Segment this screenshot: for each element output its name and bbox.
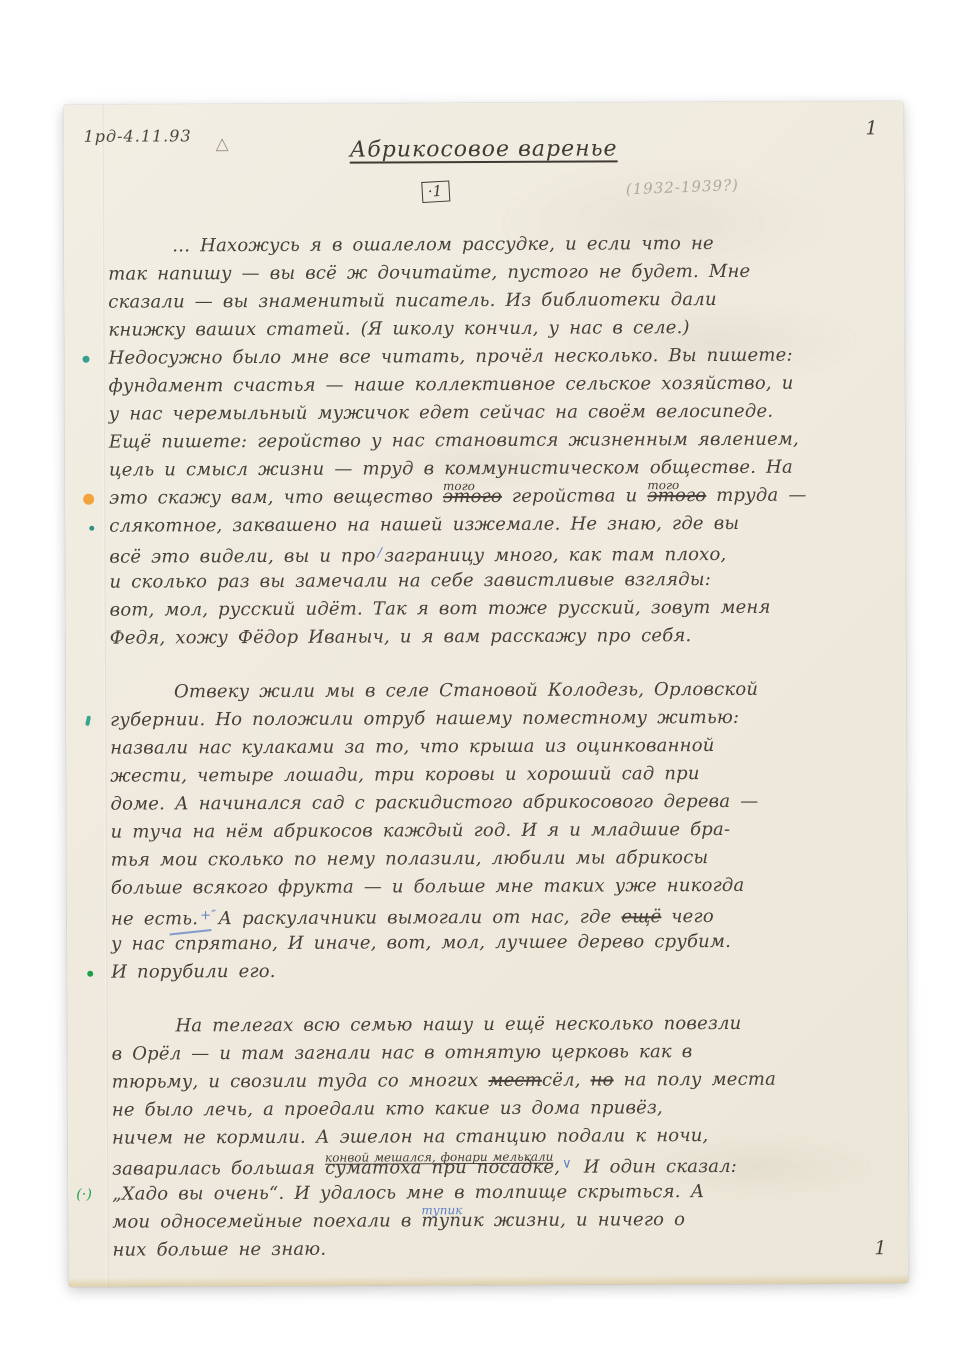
margin-mark-orange-dot <box>83 494 94 505</box>
handwritten-text: больше всякого фрукта — и больше мне так… <box>111 875 745 899</box>
handwritten-text: и сколько раз вы замечали на себе завист… <box>109 569 711 593</box>
handwritten-text: На телегах всю семью нашу и ещё нескольк… <box>175 1013 741 1036</box>
manuscript-line: На телегах всю семью нашу и ещё нескольк… <box>111 1009 883 1040</box>
handwritten-text: Недосужно было мне все читать, прочёл не… <box>108 345 792 369</box>
handwritten-text: всё это видели, вы и про <box>109 545 375 567</box>
manuscript-line: у нас черемыльный мужичок едет сейчас на… <box>109 397 881 428</box>
margin-mark-teal-dot <box>83 356 90 363</box>
manuscript-line: цель и смысл жизни — труд в коммунистиче… <box>109 453 881 484</box>
manuscript-line: это скажу вам, что вещество тогоэтого ге… <box>109 481 881 512</box>
handwritten-text: … Нахожусь я в ошалелом рассудке, и если… <box>172 233 714 256</box>
manuscript-line: всё это видели, вы и про∕заграницу много… <box>109 537 881 568</box>
chapter-number-box: ·1 <box>421 180 450 203</box>
manuscript-line: фундамент счастья — наше коллективное се… <box>109 369 881 400</box>
handwritten-text: фундамент счастья — наше коллективное се… <box>109 373 794 397</box>
blue-ink-mark: ∕ <box>376 545 385 560</box>
manuscript-line: заварилась большая конвой мешался, фонар… <box>112 1149 884 1180</box>
handwritten-text: сказали — вы знаменитый писатель. Из биб… <box>108 289 717 313</box>
handwritten-text: назвали нас кулаками за то, что крыша из… <box>110 735 714 759</box>
manuscript-line: вот, мол, русский идёт. Так я вот тоже р… <box>110 593 882 624</box>
handwritten-text: ничем не кормили. А эшелон на станцию по… <box>112 1125 709 1149</box>
manuscript-line: мои односемейные поехали в тупиктупик жи… <box>112 1205 884 1236</box>
manuscript-line: слякотное, заквашено на нашей изжемале. … <box>109 509 881 540</box>
manuscript-line: Ещё пишете: геройство у нас становится ж… <box>109 425 881 456</box>
handwritten-text: слякотное, заквашено на нашей изжемале. … <box>109 513 739 537</box>
handwritten-text: геройства и <box>502 485 648 507</box>
page-number-top: 1 <box>865 117 877 139</box>
manuscript-line: книжку ваших статей. (Я школу кончил, у … <box>108 313 880 344</box>
handwritten-text: так напишу — вы всё ж дочитайте, пустого… <box>108 261 750 285</box>
manuscript-line: Отвеку жили мы в селе Становой Колодезь,… <box>110 675 882 706</box>
manuscript-line: них больше не знаю. <box>112 1233 884 1264</box>
handwritten-text: не было лечь, а проедали кто какие из до… <box>112 1097 663 1120</box>
manuscript-line: ничем не кормили. А эшелон на станцию по… <box>112 1121 884 1152</box>
manuscript-line: … Нахожусь я в ошалелом рассудке, и если… <box>108 229 880 260</box>
manuscript-line: И порубили его. <box>111 955 883 986</box>
handwritten-text: Отвеку жили мы в селе Становой Колодезь,… <box>174 679 758 703</box>
handwritten-text: чего <box>661 906 714 927</box>
handwritten-text: это скажу вам, что вещество <box>109 486 443 508</box>
handwritten-text: книжку ваших статей. (Я школу кончил, у … <box>108 317 689 341</box>
manuscript-line: назвали нас кулаками за то, что крыша из… <box>110 731 882 762</box>
handwritten-text: них больше не знаю. <box>112 1239 326 1261</box>
struck-word: ещё <box>621 906 661 927</box>
manuscript-line: сказали — вы знаменитый писатель. Из биб… <box>108 285 880 316</box>
handwritten-text: тюрьму, и свозили туда со многих <box>112 1070 489 1093</box>
handwritten-text: доме. А начинался сад с раскидистого абр… <box>110 791 758 815</box>
handwritten-text: и туча на нём абрикосов каждый год. И я … <box>111 819 731 843</box>
blue-ink-mark: ∨ <box>560 1157 574 1172</box>
page-number-bottom: 1 <box>874 1237 886 1259</box>
pencil-date-range: (1932-1939?) <box>625 176 739 198</box>
manuscript-line: в Орёл — и там загнали нас в отнятую цер… <box>112 1037 884 1068</box>
margin-mark-teal-dot-small <box>89 526 94 531</box>
manuscript-page: 1рд-4.11.93 △ Абрикосовое варенье ·1 (19… <box>63 101 908 1287</box>
manuscript-line: Недосужно было мне все читать, прочёл не… <box>108 341 880 372</box>
handwritten-text: мои односемейные поехали в <box>112 1210 421 1232</box>
manuscript-line: (·)„Хадо вы очень“. И удалось мне в толп… <box>112 1177 884 1208</box>
manuscript-line: не есть.+″А раскулачники вымогали от нас… <box>111 899 883 930</box>
margin-mark-green-paren: (·) <box>76 1181 92 1209</box>
handwritten-text: А раскулачники вымогали от нас, где <box>218 906 621 929</box>
handwritten-text: сёл, <box>542 1070 591 1091</box>
handwritten-text: труда — <box>706 485 806 506</box>
handwritten-text: жести, четыре лошади, три коровы и хорош… <box>110 763 699 787</box>
manuscript-line: и сколько раз вы замечали на себе завист… <box>109 565 881 596</box>
manuscript-line: больше всякого фрукта — и больше мне так… <box>111 871 883 902</box>
manuscript-line: и туча на нём абрикосов каждый год. И я … <box>111 815 883 846</box>
handwritten-text: вот, мол, русский идёт. Так я вот тоже р… <box>110 597 771 621</box>
manuscript-line: не было лечь, а проедали кто какие из до… <box>112 1093 884 1124</box>
handwritten-text: на полу места <box>614 1069 776 1091</box>
handwritten-text: у нас черемыльный мужичок едет сейчас на… <box>109 401 774 425</box>
handwritten-text: губернии. Но положили отруб нашему помес… <box>110 707 739 731</box>
handwritten-text: у нас спрятано, И иначе, вот, мол, лучше… <box>111 931 731 955</box>
handwritten-text: И порубили его. <box>111 961 276 983</box>
handwritten-text: заграницу много, как там плохо, <box>384 544 726 566</box>
manuscript-title: Абрикосовое варенье <box>64 135 904 164</box>
handwritten-text: „Хадо вы очень“. И удалось мне в толпище… <box>112 1181 704 1205</box>
manuscript-line: Федя, хожу Фёдор Иваныч, и я вам расскаж… <box>110 621 882 652</box>
manuscript-text: … Нахожусь я в ошалелом рассудке, и если… <box>108 229 884 1264</box>
handwritten-text: заварилась большая <box>112 1158 325 1180</box>
manuscript-line: так напишу — вы всё ж дочитайте, пустого… <box>108 257 880 288</box>
manuscript-line: доме. А начинался сад с раскидистого абр… <box>110 787 882 818</box>
margin-mark-teal-tick <box>85 715 91 726</box>
handwritten-text: Федя, хожу Фёдор Иваныч, и я вам расскаж… <box>110 625 692 649</box>
manuscript-line: жести, четыре лошади, три коровы и хорош… <box>110 759 882 790</box>
manuscript-line: тюрьму, и свозили туда со многих местсёл… <box>112 1065 884 1096</box>
struck-word: мест <box>488 1070 542 1091</box>
manuscript-line: тья мои сколько по нему полазили, любили… <box>111 843 883 874</box>
scan-background: 1рд-4.11.93 △ Абрикосовое варенье ·1 (19… <box>0 0 966 1362</box>
handwritten-text: Ещё пишете: геройство у нас становится ж… <box>109 429 799 453</box>
handwritten-text: тья мои сколько по нему полазили, любили… <box>111 847 709 871</box>
handwritten-text: в Орёл — и там загнали нас в отнятую цер… <box>112 1041 693 1065</box>
struck-word: но <box>591 1069 614 1090</box>
handwritten-text: цель и смысл жизни — труд в коммунистиче… <box>109 457 793 481</box>
handwritten-text: И один сказал: <box>574 1156 737 1178</box>
margin-mark-green-dot <box>87 971 93 977</box>
manuscript-line: у нас спрятано, И иначе, вот, мол, лучше… <box>111 927 883 958</box>
manuscript-line: губернии. Но положили отруб нашему помес… <box>110 703 882 734</box>
